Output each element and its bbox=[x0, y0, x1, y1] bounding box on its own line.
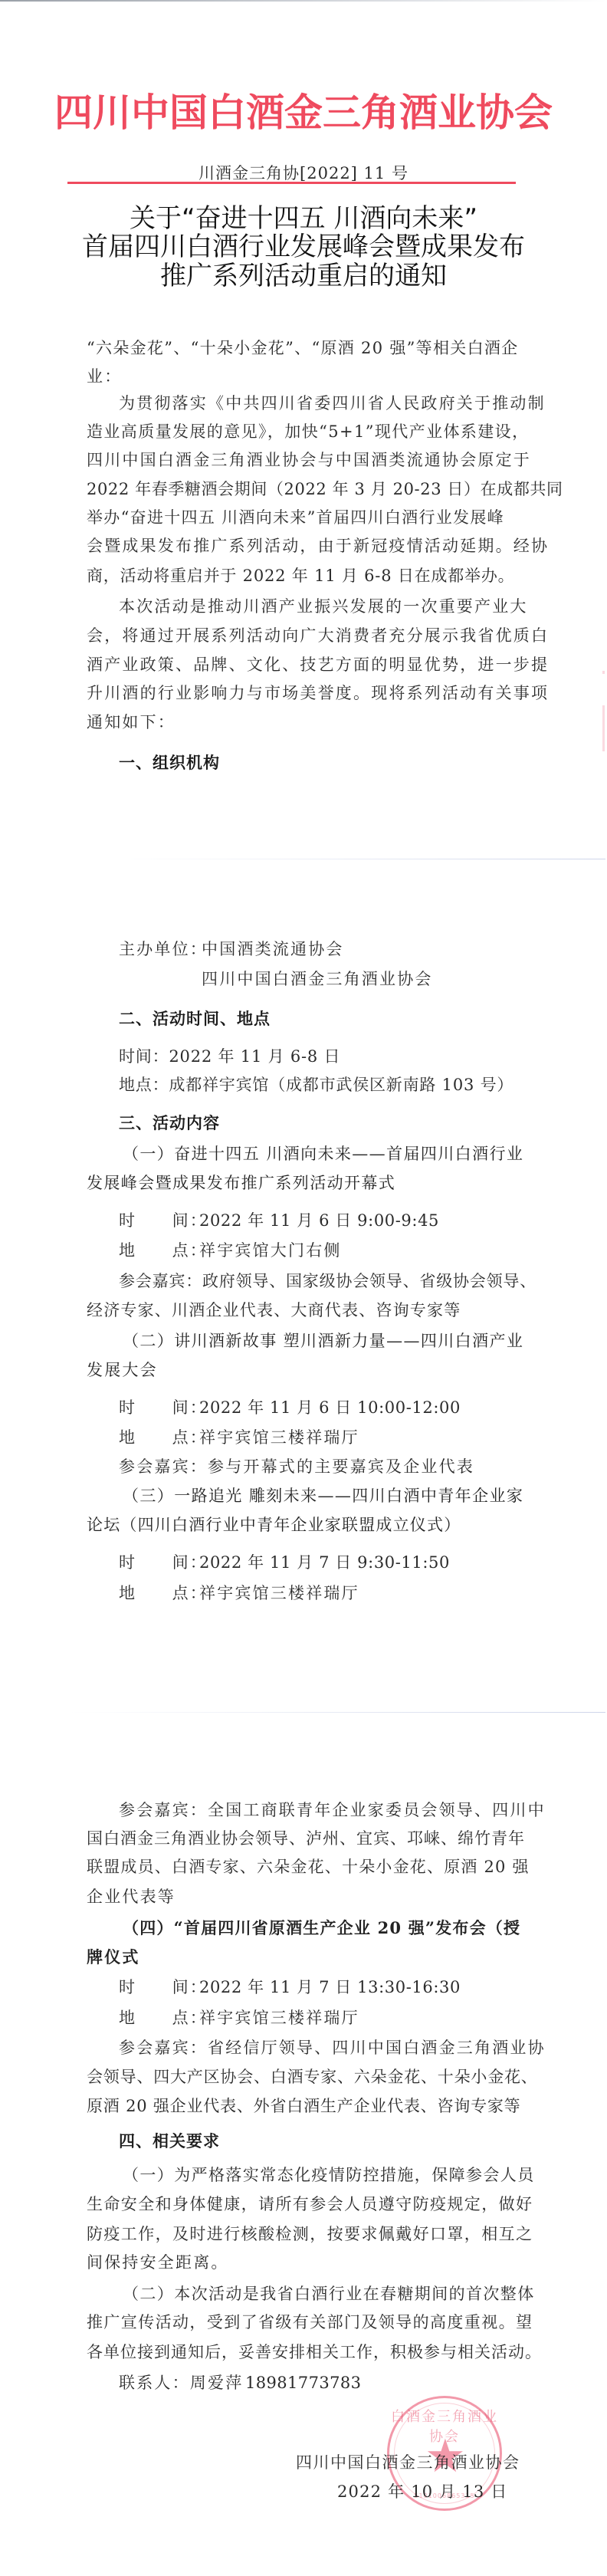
signature-date: 2022 年 10 月 13 日 bbox=[337, 2484, 507, 2500]
letterhead-org-name: 四川中国白酒金三角酒业协会 bbox=[0, 94, 607, 132]
event-4-guests: 参会嘉宾：省经信厅领导、四川中国白酒金三角酒业协 bbox=[119, 2040, 546, 2056]
event-1-place: 祥宇宾馆大门右侧 bbox=[199, 1243, 342, 1259]
event-3-guests: 参会嘉宾：全国工商联青年企业家委员会领导、四川中 bbox=[119, 1802, 546, 1819]
scan-edge-mark bbox=[602, 671, 605, 674]
requirement-2: （二）本次活动是我省白酒行业在春糖期间的首次整体 bbox=[123, 2286, 535, 2302]
event-time: 时间：2022 年 11 月 6-8 日 bbox=[119, 1049, 340, 1065]
event-1-time-label: 时 间： bbox=[119, 1213, 208, 1229]
event-3-title: （三）一路追光 雕刻未来——四川白酒中青年企业家 bbox=[123, 1488, 523, 1504]
document-title-line-3: 推广系列活动重启的通知 bbox=[0, 263, 607, 289]
signature-org: 四川中国白酒金三角酒业协会 bbox=[296, 2455, 520, 2471]
contact-phone: 18981773783 bbox=[245, 2375, 361, 2391]
requirement-1-cont: 生命安全和身体健康，请所有参会人员遵守防疫规定，做好 bbox=[87, 2196, 533, 2213]
document-number: 川酒金三角协[2022] 11 号 bbox=[0, 161, 607, 184]
event-2-time-label: 时 间： bbox=[119, 1400, 208, 1416]
event-1-guests-cont: 经济专家、川酒企业代表、大商代表、咨询专家等 bbox=[87, 1303, 461, 1319]
requirement-1-cont: 间保持安全距离。 bbox=[87, 2255, 229, 2271]
event-3-guests-cont: 联盟成员、白酒专家、六朵金花、十朵小金花、原酒 20 强 bbox=[87, 1859, 530, 1875]
organizer-label: 主办单位： bbox=[119, 941, 208, 958]
event-3-time-label: 时 间： bbox=[119, 1555, 208, 1571]
event-4-guests-cont: 原酒 20 强企业代表、外省白酒生产企业代表、咨询专家等 bbox=[87, 2098, 520, 2114]
intro-p1-line: 为贯彻落实《中共四川省委四川省人民政府关于推动制 bbox=[119, 396, 546, 412]
scan-artifact-line bbox=[115, 859, 605, 859]
salutation-line-2: 业： bbox=[87, 369, 122, 385]
organizer-2: 四川中国白酒金三角酒业协会 bbox=[202, 971, 433, 987]
requirement-1-cont: 防疫工作，及时进行核酸检测，按要求佩戴好口罩，相互之 bbox=[87, 2226, 533, 2242]
intro-p1-line: 举办“奋进十四五 川酒向未来”首届四川白酒行业发展峰 bbox=[87, 510, 504, 526]
event-3-time: 2022 年 11 月 7 日 9:30-11:50 bbox=[199, 1555, 450, 1571]
event-place: 地点：成都祥宇宾馆（成都市武侯区新南路 103 号） bbox=[119, 1077, 513, 1093]
intro-p2-line: 酒产业政策、品牌、文化、技艺方面的明显优势，进一步提 bbox=[87, 657, 549, 673]
event-3-place-label: 地 点： bbox=[119, 1585, 208, 1602]
event-4-guests-cont: 会领导、四大产区协会、白酒专家、六朵金花、十朵小金花、 bbox=[87, 2069, 538, 2085]
intro-p1-line: 四川中国白酒金三角酒业协会与中国酒类流通协会原定于 bbox=[87, 452, 531, 468]
event-1-place-label: 地 点： bbox=[119, 1243, 208, 1259]
event-4-place: 祥宇宾馆三楼祥瑞厅 bbox=[199, 2010, 359, 2026]
event-3-guests-cont: 企业代表等 bbox=[87, 1889, 176, 1905]
event-2-guests: 参会嘉宾：参与开幕式的主要嘉宾及企业代表 bbox=[119, 1459, 474, 1475]
scan-artifact-line bbox=[69, 1712, 605, 1713]
intro-p2-line: 升川酒的行业影响力与市场美誉度。现将系列活动有关事项 bbox=[87, 685, 549, 701]
section-heading-time-place: 二、活动时间、地点 bbox=[119, 1011, 271, 1027]
section-heading-content: 三、活动内容 bbox=[119, 1115, 220, 1132]
scan-edge bbox=[0, 0, 607, 2]
letterhead-divider bbox=[67, 182, 516, 184]
event-2-place: 祥宇宾馆三楼祥瑞厅 bbox=[199, 1430, 359, 1446]
event-3-place: 祥宇宾馆三楼祥瑞厅 bbox=[199, 1585, 359, 1602]
section-heading-organization: 一、组织机构 bbox=[119, 755, 220, 771]
event-4-place-label: 地 点： bbox=[119, 2010, 208, 2026]
scan-edge-mark bbox=[602, 705, 605, 751]
intro-p1-line: 造业高质量发展的意见》，加快“5+1”现代产业体系建设， bbox=[87, 424, 530, 440]
document-title-line-2: 首届四川白酒行业发展峰会暨成果发布 bbox=[0, 234, 607, 260]
salutation-line-1: “六朵金花”、“十朵小金花”、“原酒 20 强”等相关白酒企 bbox=[87, 340, 519, 356]
intro-p1-line: 2022 年春季糖酒会期间（2022 年 3 月 20-23 日）在成都共同 bbox=[87, 481, 563, 498]
event-2-time: 2022 年 11 月 6 日 10:00-12:00 bbox=[199, 1400, 461, 1416]
event-1-title-cont: 发展峰会暨成果发布推广系列活动开幕式 bbox=[87, 1175, 395, 1191]
intro-p2-line: 通知如下： bbox=[87, 715, 176, 731]
event-1-time: 2022 年 11 月 6 日 9:00-9:45 bbox=[199, 1213, 439, 1229]
requirement-2-cont: 各单位接到通知后，妥善安排相关工作，积极参与相关活动。 bbox=[87, 2344, 542, 2361]
intro-p1-line: 会暨成果发布推广系列活动，由于新冠疫情活动延期。经协 bbox=[87, 538, 549, 554]
contact-person: 联系人：周爱萍 bbox=[119, 2375, 243, 2391]
event-3-guests-cont: 国白酒金三角酒业协会领导、泸州、宜宾、邛崃、绵竹青年 bbox=[87, 1831, 525, 1847]
requirement-1: （一）为严格落实常态化疫情防控措施，保障参会人员 bbox=[123, 2167, 535, 2183]
event-4-title-cont: 牌仪式 bbox=[87, 1949, 140, 1965]
intro-p2-line: 会，将通过开展系列活动向广大消费者充分展示我省优质白 bbox=[87, 628, 549, 644]
event-2-title: （二）讲川酒新故事 塑川酒新力量——四川白酒产业 bbox=[123, 1333, 523, 1349]
event-2-title-cont: 发展大会 bbox=[87, 1362, 158, 1378]
event-4-time-label: 时 间： bbox=[119, 1980, 208, 1996]
section-heading-requirements: 四、相关要求 bbox=[119, 2134, 220, 2150]
document-title-line-1: 关于“奋进十四五 川酒向未来” bbox=[0, 205, 607, 232]
event-3-title-cont: 论坛（四川白酒行业中青年企业家联盟成立仪式） bbox=[87, 1517, 461, 1533]
event-1-guests: 参会嘉宾：政府领导、国家级协会领导、省级协会领导、 bbox=[119, 1273, 536, 1290]
event-1-title: （一）奋进十四五 川酒向未来——首届四川白酒行业 bbox=[123, 1146, 523, 1162]
event-4-title: （四）“首届四川省原酒生产企业 20 强”发布会（授 bbox=[123, 1920, 520, 1936]
organizer-1: 中国酒类流通协会 bbox=[202, 941, 344, 958]
intro-p2-line: 本次活动是推动川酒产业振兴发展的一次重要产业大 bbox=[119, 599, 528, 615]
requirement-2-cont: 推广宣传活动，受到了省级有关部门及领导的高度重视。望 bbox=[87, 2315, 533, 2331]
intro-p1-line: 商，活动将重启并于 2022 年 11 月 6-8 日在成都举办。 bbox=[87, 568, 514, 584]
event-4-time: 2022 年 11 月 7 日 13:30-16:30 bbox=[199, 1980, 461, 1996]
event-2-place-label: 地 点： bbox=[119, 1430, 208, 1446]
